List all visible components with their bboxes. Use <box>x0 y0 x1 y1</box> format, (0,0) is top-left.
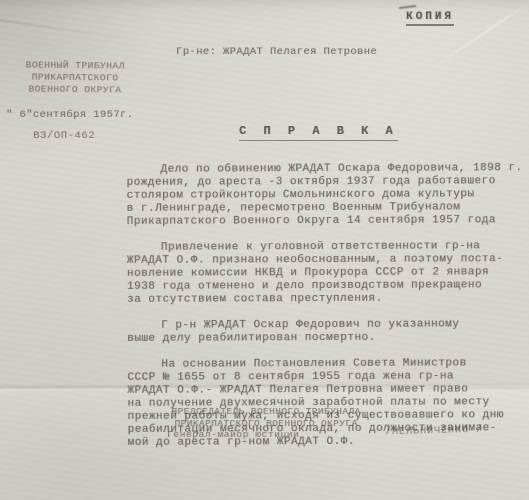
scanned-document-page: КОПИЯ Гр-не: ЖРАДАТ Пелагея Петровне ВОЕ… <box>0 0 529 500</box>
signature-position-lines: ПРЕДСЕДАТЕЛЬ ВОЕННОГО ТРИБУНАЛА ПРИКАРПА… <box>130 406 402 429</box>
pen-mark <box>399 5 416 9</box>
paragraph-case-review: Дело по обвинению ЖРАДАТ Оскара Федорови… <box>126 162 529 229</box>
issue-date: " 6"сентября 1957г. <box>6 109 133 121</box>
signer-rank: Генерал-майор юстиции <box>167 429 299 440</box>
paper-crease-top-left <box>0 18 108 37</box>
copy-stamp-label: КОПИЯ <box>406 11 454 26</box>
document-number: ВЗ/ОП-462 <box>33 130 95 142</box>
issuer-organization-block: ВОЕННЫЙ ТРИБУНАЛ ПРИКАРПАТСКОГО ВОЕННОГО… <box>2 59 148 97</box>
paragraph-charges-dismissed: Привлечение к уголовной ответственности … <box>127 240 529 307</box>
addressee-line: Гр-не: ЖРАДАТ Пелагея Петровне <box>176 46 377 58</box>
document-title: С П Р А В К А <box>239 124 398 141</box>
paragraph-rehabilitation: Г р-н ЖРАДАТ Оскар Федорович по указанно… <box>127 318 529 346</box>
